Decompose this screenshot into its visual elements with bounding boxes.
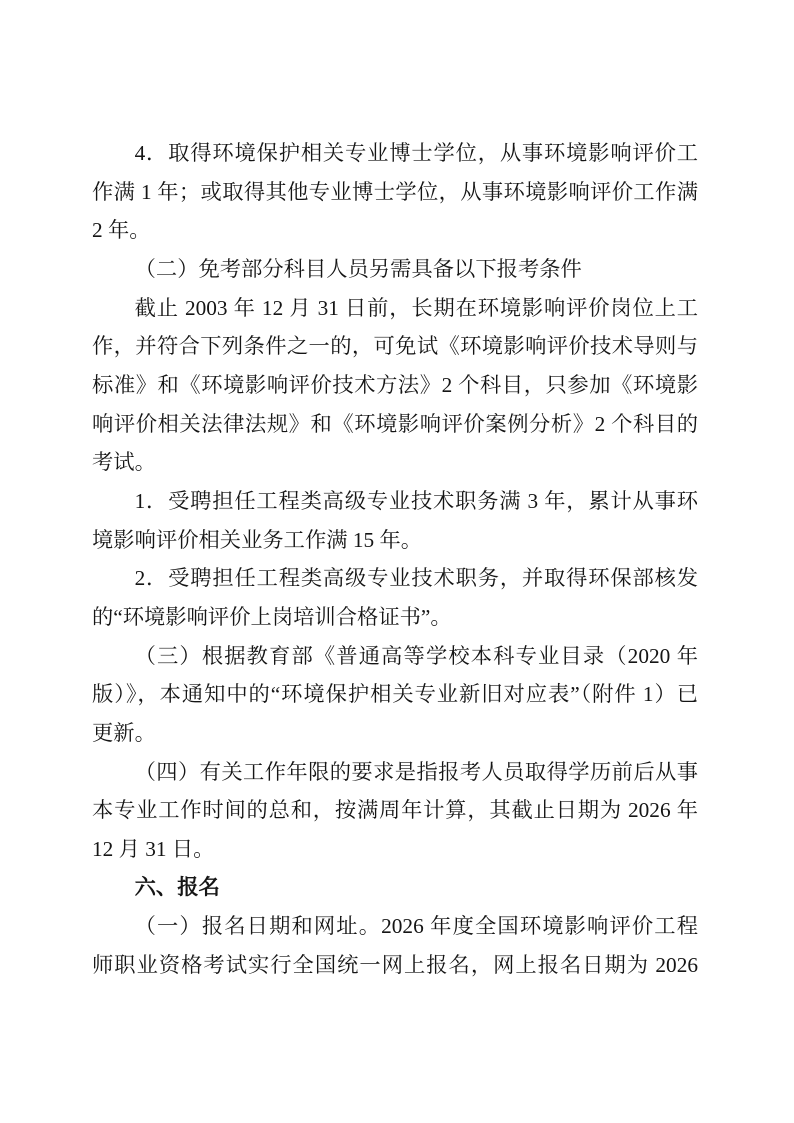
text-line: 1．受聘担任工程类高级专业技术职务满 3 年，累计从事环 [92, 482, 698, 521]
paragraph: 1．受聘担任工程类高级专业技术职务满 3 年，累计从事环境影响评价相关业务工作满… [92, 482, 698, 559]
heading-text: 六、报名 [92, 868, 698, 907]
text-line: 的“环境影响评价上岗培训合格证书”。 [92, 598, 698, 637]
text-line: （三）根据教育部《普通高等学校本科专业目录（2020 年 [92, 637, 698, 676]
text-line: 12 月 31 日。 [92, 830, 698, 869]
text-line: 2．受聘担任工程类高级专业技术职务，并取得环保部核发 [92, 559, 698, 598]
text-line: 作，并符合下列条件之一的，可免试《环境影响评价技术导则与 [92, 327, 698, 366]
text-line: 截止 2003 年 12 月 31 日前，长期在环境影响评价岗位上工 [92, 289, 698, 328]
paragraph: （三）根据教育部《普通高等学校本科专业目录（2020 年版）》，本通知中的“环境… [92, 637, 698, 753]
text-line: （二）免考部分科目人员另需具备以下报考条件 [92, 250, 698, 289]
text-line: 本专业工作时间的总和，按满周年计算，其截止日期为 2026 年 [92, 791, 698, 830]
text-line: 版）》，本通知中的“环境保护相关专业新旧对应表”（附件 1）已 [92, 675, 698, 714]
text-line: 境影响评价相关业务工作满 15 年。 [92, 521, 698, 560]
paragraph: （一）报名日期和网址。2026 年度全国环境影响评价工程师职业资格考试实行全国统… [92, 907, 698, 984]
text-line: 师职业资格考试实行全国统一网上报名，网上报名日期为 2026 [92, 946, 698, 985]
text-line: （一）报名日期和网址。2026 年度全国环境影响评价工程 [92, 907, 698, 946]
text-line: 4．取得环境保护相关专业博士学位，从事环境影响评价工 [92, 134, 698, 173]
paragraph: 4．取得环境保护相关专业博士学位，从事环境影响评价工作满 1 年；或取得其他专业… [92, 134, 698, 250]
paragraph: （二）免考部分科目人员另需具备以下报考条件 [92, 250, 698, 289]
paragraph: 2．受聘担任工程类高级专业技术职务，并取得环保部核发的“环境影响评价上岗培训合格… [92, 559, 698, 636]
paragraph: （四）有关工作年限的要求是指报考人员取得学历前后从事本专业工作时间的总和，按满周… [92, 753, 698, 869]
text-line: 作满 1 年；或取得其他专业博士学位，从事环境影响评价工作满 [92, 173, 698, 212]
text-line: 响评价相关法律法规》和《环境影响评价案例分析》2 个科目的 [92, 405, 698, 444]
document-body: 4．取得环境保护相关专业博士学位，从事环境影响评价工作满 1 年；或取得其他专业… [92, 134, 698, 984]
text-line: 2 年。 [92, 211, 698, 250]
text-line: （四）有关工作年限的要求是指报考人员取得学历前后从事 [92, 753, 698, 792]
text-line: 更新。 [92, 714, 698, 753]
text-line: 标准》和《环境影响评价技术方法》2 个科目，只参加《环境影 [92, 366, 698, 405]
paragraph: 截止 2003 年 12 月 31 日前，长期在环境影响评价岗位上工作，并符合下… [92, 289, 698, 482]
section-heading: 六、报名 [92, 868, 698, 907]
text-line: 考试。 [92, 443, 698, 482]
document-page: 4．取得环境保护相关专业博士学位，从事环境影响评价工作满 1 年；或取得其他专业… [0, 0, 794, 1123]
